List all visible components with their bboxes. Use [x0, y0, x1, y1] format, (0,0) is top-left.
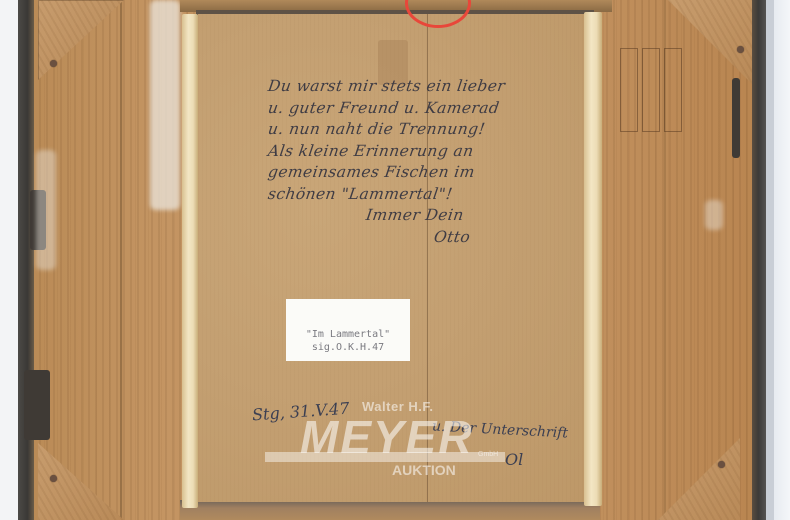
background-left [0, 0, 20, 520]
note-line: u. nun naht die Trennung! [266, 119, 589, 141]
typed-label: "Im Lammertal" sig.O.K.H.47 [286, 299, 410, 361]
note-line: Als kleine Erinnerung an [266, 141, 589, 163]
watermark-sub: AUKTION [392, 462, 456, 478]
note-line: Du warst mir stets ein lieber [266, 76, 589, 98]
paint-residue [705, 200, 723, 230]
label-title: "Im Lammertal" [286, 328, 410, 341]
frame-bottom-rail [180, 500, 600, 520]
paint-stain [732, 78, 740, 158]
frame-strip-left [182, 14, 198, 508]
label-signature: sig.O.K.H.47 [286, 341, 410, 354]
paint-residue [150, 0, 180, 210]
note-line: schönen "Lammertal"! [266, 184, 589, 206]
photo-scene: Du warst mir stets ein lieber u. guter F… [0, 0, 790, 520]
note-signature: Otto [266, 227, 589, 249]
handwritten-dedication: Du warst mir stets ein lieber u. guter F… [268, 76, 588, 248]
nail-icon [718, 461, 725, 468]
nail-icon [50, 475, 57, 482]
nail-icon [737, 46, 744, 53]
frame-left-edge [18, 0, 34, 520]
wood-joint [120, 0, 122, 520]
watermark-suffix: GmbH [478, 451, 498, 458]
note-closing: Immer Dein [266, 205, 589, 227]
label-text: "Im Lammertal" sig.O.K.H.47 [286, 328, 410, 354]
note-line: u. guter Freund u. Kamerad [266, 98, 589, 120]
paint-stain [24, 370, 50, 440]
paint-residue [36, 150, 56, 270]
inscription-initial: Ol [505, 450, 523, 469]
nail-icon [50, 60, 57, 67]
note-line: gemeinsames Fischen im [266, 162, 589, 184]
watermark-logo: MEYER [300, 410, 474, 464]
frame-right-outer-edge [766, 0, 774, 520]
